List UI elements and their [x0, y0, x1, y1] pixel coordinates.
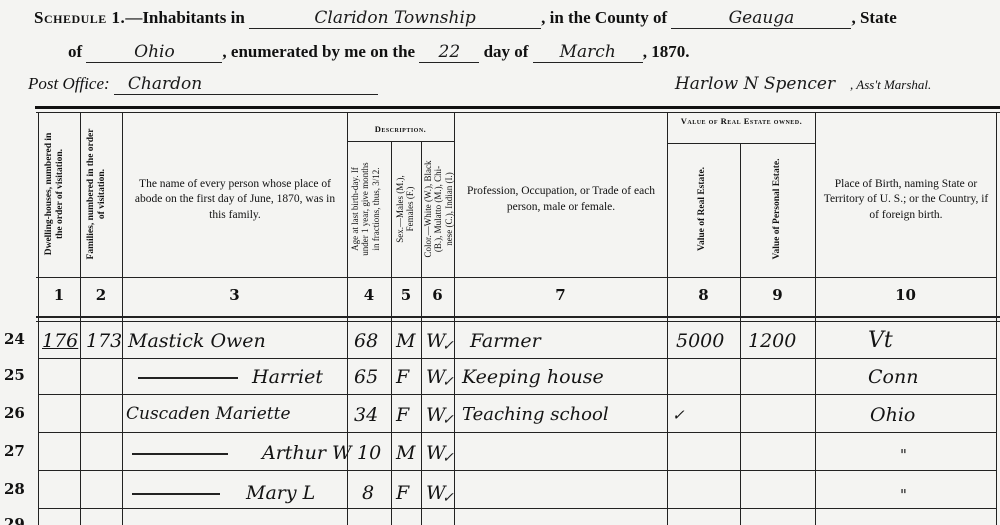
age: 10 — [357, 442, 381, 464]
ditto-dash — [132, 453, 228, 455]
col-number-10: 10 — [815, 286, 996, 304]
schedule-title-line: Schedule 1.—Inhabitants in Claridon Town… — [34, 8, 1000, 29]
col-divider-2 — [122, 112, 123, 525]
person-name: Harriet — [252, 366, 323, 388]
col-number-8: 8 — [667, 286, 740, 304]
line-number: 25 — [4, 366, 34, 384]
post-office-label: Post Office: — [28, 74, 110, 94]
value-group-heading: Value of Real Estate owned. — [668, 116, 815, 126]
marshal-line: Harlow N Spencer, Ass't Marshal. — [660, 74, 1000, 94]
person-name-cell: Mary L — [132, 482, 315, 504]
county-field: Geauga — [671, 8, 851, 29]
row-line-27 — [38, 470, 996, 471]
tally-check-icon: ✓ — [442, 450, 454, 466]
state-field: Ohio — [86, 42, 222, 63]
col4-heading: Age at last birth-day. Ifunder 1 year, g… — [350, 146, 381, 272]
col6-heading: Color.—White (W.), Black(B.), Mulatto (M… — [423, 146, 454, 272]
col2-heading: Families, numbered in the orderof visita… — [86, 114, 108, 274]
year-label: , 1870. — [643, 42, 690, 62]
tally-check-icon: ✓ — [442, 338, 454, 354]
row-line-26 — [38, 432, 996, 433]
col-divider-6 — [454, 112, 455, 525]
occupation: Farmer — [470, 330, 541, 352]
line-number-partial: 29 — [4, 515, 34, 525]
value-group-line — [667, 143, 815, 144]
colnum-top-line — [36, 277, 996, 278]
sex: F — [396, 366, 409, 388]
age: 68 — [354, 330, 378, 352]
occupation: Keeping house — [462, 366, 604, 388]
birthplace-ditto: " — [900, 446, 907, 464]
table-top-border — [35, 106, 1000, 109]
tally-check-icon: ✓ — [442, 374, 454, 390]
enumerated-label: , enumerated by me on the — [222, 42, 415, 62]
month-field: March — [533, 42, 643, 63]
day-of-label: day of — [484, 42, 529, 62]
person-name: Cuscaden Mariette — [126, 404, 291, 424]
col9-heading: Value of Personal Estate. — [772, 146, 783, 272]
col-number-5: 5 — [391, 286, 421, 304]
col-divider-1 — [80, 112, 81, 525]
birthplace: Vt — [868, 328, 893, 353]
col-number-4: 4 — [347, 286, 391, 304]
col8-heading: Value of Real Estate. — [697, 146, 708, 272]
table-inner-top — [36, 112, 1000, 113]
dwelling-number: 176 — [42, 330, 78, 352]
of-label: of — [68, 42, 82, 62]
line-number: 28 — [4, 480, 34, 498]
row-line-28 — [38, 508, 996, 509]
col-number-9: 9 — [740, 286, 815, 304]
col-divider-0 — [38, 112, 39, 525]
row-line-25 — [38, 394, 996, 395]
tally-check-icon: ✓ — [442, 412, 454, 428]
tally-check-icon: ✓ — [442, 490, 454, 506]
sex: M — [396, 442, 415, 464]
col-divider-10 — [996, 112, 997, 525]
col-divider-8 — [740, 143, 741, 525]
sex: M — [396, 330, 415, 352]
age: 8 — [362, 482, 374, 504]
personal-estate-value: 1200 — [748, 330, 796, 352]
real-estate-value: 5000 — [676, 330, 724, 352]
person-name-cell: Harriet — [138, 366, 323, 388]
col-divider-5 — [421, 141, 422, 525]
col-divider-7 — [667, 112, 668, 525]
person-name: Mastick Owen — [128, 330, 266, 352]
col-number-6: 6 — [421, 286, 454, 304]
ditto-dash — [132, 493, 220, 495]
day-field: 22 — [419, 42, 479, 63]
col-number-7: 7 — [454, 286, 667, 304]
description-group-line — [347, 141, 454, 142]
title-prefix: —Inhabitants in — [125, 8, 245, 28]
real-estate-value: ✓ — [672, 406, 685, 424]
col1-heading: Dwelling-houses, numbered inthe order of… — [44, 114, 66, 274]
family-number: 173 — [86, 330, 122, 352]
township-field: Claridon Township — [249, 8, 541, 29]
schedule-label: Schedule 1. — [34, 8, 125, 28]
ditto-dash — [138, 377, 238, 379]
col-divider-4 — [391, 141, 392, 525]
header-double-line-1 — [36, 316, 1000, 318]
col10-heading: Place of Birth, naming State or Territor… — [820, 150, 992, 250]
birthplace: Conn — [868, 366, 918, 388]
col-divider-9 — [815, 112, 816, 525]
person-name-cell: Arthur W — [132, 442, 352, 464]
line-number: 24 — [4, 330, 34, 348]
marshal-signature: Harlow N Spencer — [660, 74, 850, 94]
state-label: , State — [851, 8, 896, 28]
sex: F — [396, 404, 409, 426]
occupation: Teaching school — [462, 404, 609, 425]
sex: F — [396, 482, 409, 504]
col-number-2: 2 — [80, 286, 122, 304]
county-label: , in the County of — [541, 8, 667, 28]
col-number-1: 1 — [38, 286, 80, 304]
post-office-field: Chardon — [114, 74, 378, 95]
age: 34 — [354, 404, 378, 426]
header-double-line-2 — [36, 321, 1000, 322]
birthplace: Ohio — [870, 404, 915, 426]
enumeration-line: of Ohio, enumerated by me on the 22 day … — [68, 42, 1000, 63]
line-number: 26 — [4, 404, 34, 422]
birthplace-ditto: " — [900, 486, 907, 504]
age: 65 — [354, 366, 378, 388]
col7-heading: Profession, Occupation, or Trade of each… — [460, 150, 662, 250]
description-group-heading: Description. — [347, 124, 454, 134]
person-name: Mary L — [246, 482, 315, 504]
line-number: 27 — [4, 442, 34, 460]
col3-heading: The name of every person whose place of … — [128, 150, 342, 250]
row-line-24 — [38, 358, 996, 359]
marshal-title: , Ass't Marshal. — [850, 77, 931, 93]
col5-heading: Sex.—Males (M.),Females (F.) — [395, 146, 416, 272]
col-number-3: 3 — [122, 286, 347, 304]
person-name: Arthur W — [262, 442, 352, 464]
